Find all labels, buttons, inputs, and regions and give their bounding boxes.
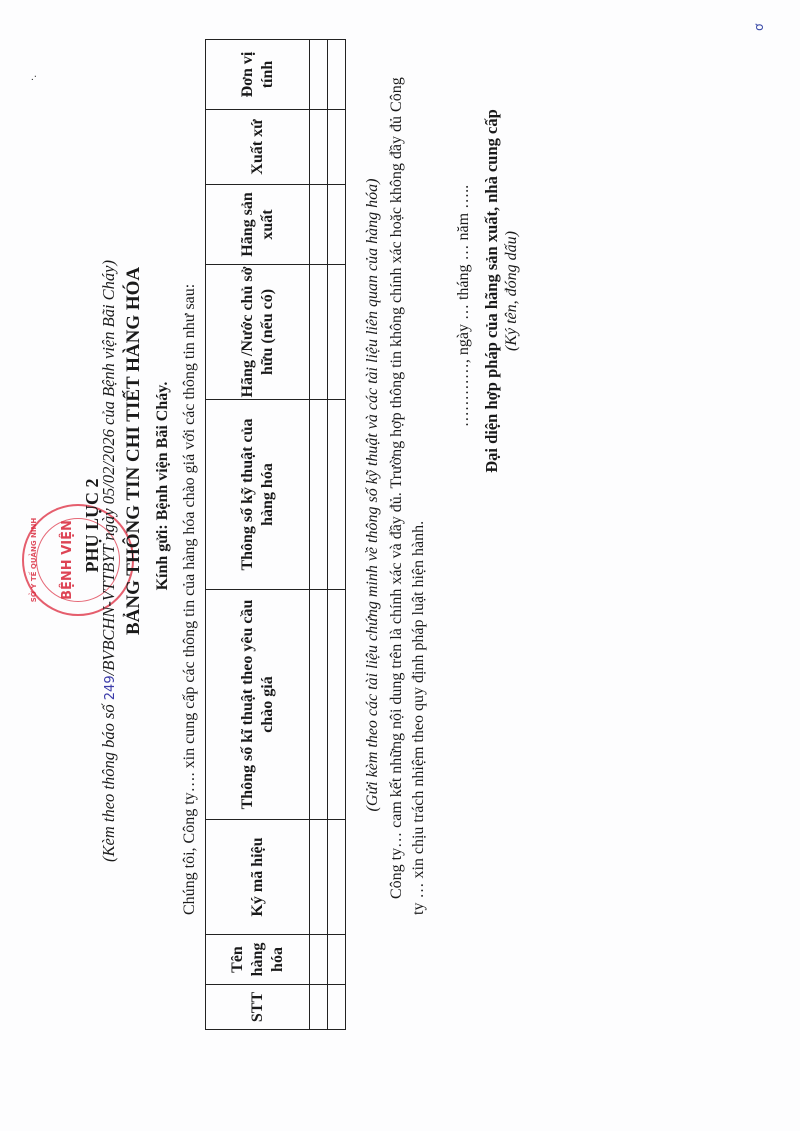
- scan-artifact: ·.: [28, 75, 39, 81]
- document-page: ·. ơ SỞ Y TẾ QUẢNG NINH BỆNH VIỆN PHỤ LỤ…: [0, 0, 800, 1131]
- table-row: [328, 40, 346, 1030]
- corner-handwriting: ơ: [752, 24, 766, 31]
- table-cell: [328, 935, 346, 985]
- table-cell: [328, 985, 346, 1030]
- stamp-center-text: BỆNH VIỆN: [60, 506, 75, 614]
- table-cell: [328, 110, 346, 185]
- reference-prefix: (Kèm theo thông báo số: [99, 700, 118, 862]
- stamp-ring-text: SỞ Y TẾ QUẢNG NINH: [30, 506, 38, 614]
- date-line: …………, ngày … tháng … năm …..: [455, 161, 473, 451]
- signer-note: (Ký tên, đóng dấu): [503, 151, 521, 431]
- handwritten-number: 249: [103, 675, 118, 700]
- page-title: BẢNG THÔNG TIN CHI TIẾT HÀNG HÓA: [123, 335, 145, 635]
- table-cell: [310, 265, 328, 400]
- col-header-unit: Đơn vị tính: [206, 40, 310, 110]
- col-header-model-code: Ký mã hiệu: [206, 820, 310, 935]
- table-header-row: STT Tên hàng hóa Ký mã hiệu Thông số kĩ …: [206, 40, 310, 1030]
- table-cell: [310, 820, 328, 935]
- table-cell: [328, 265, 346, 400]
- table-cell: [310, 985, 328, 1030]
- col-header-product-name: Tên hàng hóa: [206, 935, 310, 985]
- table-cell: [328, 590, 346, 820]
- col-header-product-specs: Thông số kỹ thuật của hàng hóa: [206, 400, 310, 590]
- col-header-owner-country: Hãng /Nước chủ sở hữu (nếu có): [206, 265, 310, 400]
- commitment-text-line1: Công ty… cam kết những nội dung trên là …: [388, 77, 406, 899]
- table-cell: [328, 820, 346, 935]
- table-cell: [310, 185, 328, 265]
- commitment-text-line2: ty … xin chịu trách nhiệm theo quy định …: [410, 521, 428, 915]
- recipient-label: Kính gửi:: [154, 524, 171, 590]
- table-cell: [328, 40, 346, 110]
- product-info-table: STT Tên hàng hóa Ký mã hiệu Thông số kĩ …: [205, 39, 346, 1030]
- table-cell: [310, 110, 328, 185]
- reference-suffix: /BVBCHN-VTTBYT ngày 05/02/2026 của Bệnh …: [99, 260, 118, 675]
- col-header-manufacturer: Hãng sản xuất: [206, 185, 310, 265]
- attachment-note: (Gửi kèm theo các tài liệu chứng minh về…: [364, 75, 382, 915]
- table-cell: [328, 185, 346, 265]
- table-cell: [310, 400, 328, 590]
- col-header-stt: STT: [206, 985, 310, 1030]
- recipient-line: Kính gửi: Bệnh viện Bãi Cháy.: [154, 381, 172, 591]
- table-cell: [310, 935, 328, 985]
- table-cell: [310, 590, 328, 820]
- recipient-name: Bệnh viện Bãi Cháy.: [154, 382, 171, 521]
- intro-text: Chúng tôi, Công ty…. xin cung cấp các th…: [181, 284, 199, 915]
- col-header-required-specs: Thông số kĩ thuật theo yêu cầu chào giá: [206, 590, 310, 820]
- reference-line: (Kèm theo thông báo số 249/BVBCHN-VTTBYT…: [99, 211, 119, 911]
- signer-title: Đại diện hợp pháp của hãng sản xuất, nhà…: [482, 11, 502, 571]
- table-row: [310, 40, 328, 1030]
- table-cell: [328, 400, 346, 590]
- table-cell: [310, 40, 328, 110]
- col-header-origin: Xuất xứ: [206, 110, 310, 185]
